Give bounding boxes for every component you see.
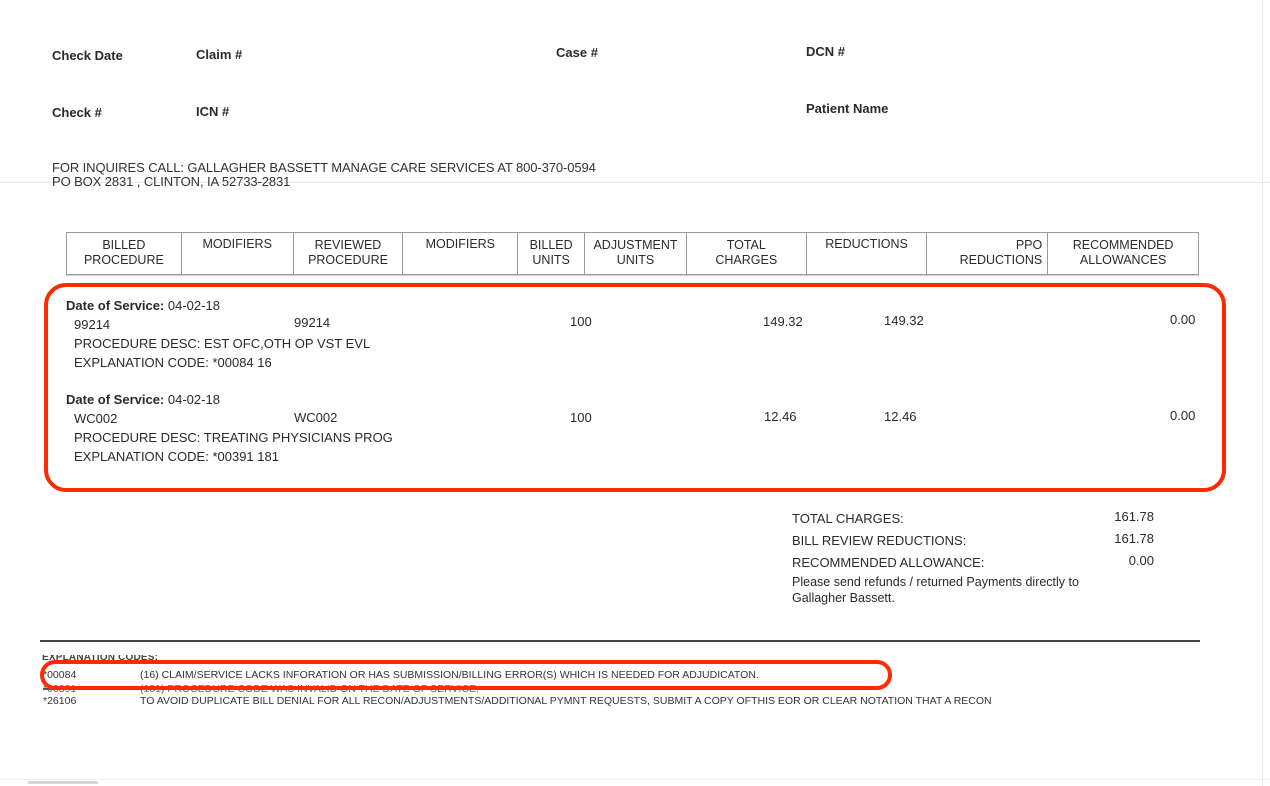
claim-number-label: Claim # xyxy=(196,47,242,62)
bill-review-reductions-label: BILL REVIEW REDUCTIONS: xyxy=(792,533,966,548)
explanation-code: *26106 xyxy=(43,695,76,707)
total-charges-label: TOTAL CHARGES: xyxy=(792,511,904,526)
line-item-column-headers: BILLED PROCEDURE MODIFIERS REVIEWED PROC… xyxy=(66,232,1199,275)
patient-name-label: Patient Name xyxy=(806,101,888,116)
dcn-number-label: DCN # xyxy=(806,44,845,59)
line-items-highlight-annotation xyxy=(44,283,1226,492)
col-total-charges: TOTAL CHARGES xyxy=(687,233,807,274)
scan-artifact-line xyxy=(0,779,1270,780)
col-reductions: REDUCTIONS xyxy=(807,233,928,274)
col-adjustment-units: ADJUSTMENT UNITS xyxy=(585,233,687,274)
eor-document-page: Check Date Claim # Case # DCN # Check # … xyxy=(0,0,1270,786)
case-number-label: Case # xyxy=(556,45,598,60)
explanation-code-highlight-annotation xyxy=(40,660,892,690)
inquiry-phone-line: FOR INQUIRES CALL: GALLAGHER BASSETT MAN… xyxy=(52,160,596,175)
recommended-allowance-label: RECOMMENDED ALLOWANCE: xyxy=(792,555,984,570)
scan-artifact-edge xyxy=(1262,0,1263,786)
refund-note: Please send refunds / returned Payments … xyxy=(792,575,1079,589)
inquiry-address-line: PO BOX 2831 , CLINTON, IA 52733-2831 xyxy=(52,174,290,189)
bill-review-reductions-amount: 161.78 xyxy=(1074,531,1154,546)
col-recommended-allowances: RECOMMENDED ALLOWANCES xyxy=(1048,233,1198,274)
recommended-allowance-amount: 0.00 xyxy=(1074,553,1154,568)
explanation-text: TO AVOID DUPLICATE BILL DENIAL FOR ALL R… xyxy=(140,695,992,707)
cut-off-text-fragment xyxy=(28,781,98,784)
col-modifiers-reviewed: MODIFIERS xyxy=(403,233,518,274)
total-charges-amount: 161.78 xyxy=(1074,509,1154,524)
col-modifiers: MODIFIERS xyxy=(182,233,294,274)
col-billed-procedure: BILLED PROCEDURE xyxy=(67,233,182,274)
section-divider xyxy=(40,640,1200,642)
refund-note-continued: Gallagher Bassett. xyxy=(792,591,895,605)
col-billed-units: BILLED UNITS xyxy=(518,233,585,274)
col-reviewed-procedure: REVIEWED PROCEDURE xyxy=(294,233,404,274)
check-date-label: Check Date xyxy=(52,48,123,63)
icn-number-label: ICN # xyxy=(196,104,229,119)
col-ppo-reductions: PPO REDUCTIONS xyxy=(927,233,1048,274)
check-number-label: Check # xyxy=(52,105,102,120)
